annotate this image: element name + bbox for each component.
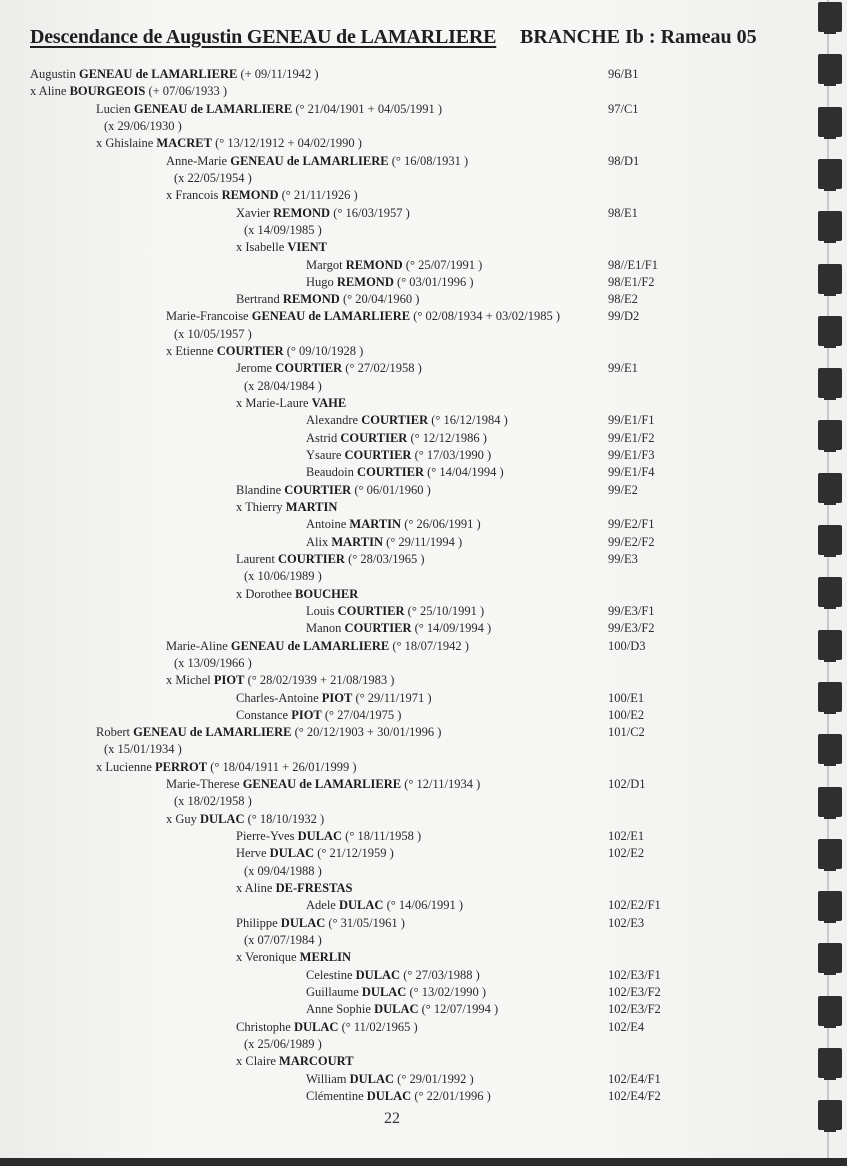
genealogy-entry: (x 07/07/1984 )	[244, 932, 322, 949]
binding-hole	[818, 159, 842, 189]
entry-dates: (° 27/04/1975 )	[322, 708, 402, 722]
entry-surname: DULAC	[374, 1002, 418, 1016]
genealogy-entry: x Michel PIOT (° 28/02/1939 + 21/08/1983…	[166, 672, 394, 689]
entry-given-name: (x 29/06/1930 )	[104, 119, 182, 133]
binding-hole	[818, 943, 842, 973]
entry-given-name: Beaudoin	[306, 465, 357, 479]
entry-dates: (° 28/03/1965 )	[345, 552, 425, 566]
binding-hole	[818, 2, 842, 32]
entry-given-name: x Thierry	[236, 500, 286, 514]
genealogy-entry: (x 18/02/1958 )	[174, 793, 252, 810]
entry-dates: (° 29/11/1994 )	[383, 535, 462, 549]
entry-surname: REMOND	[337, 275, 394, 289]
binding-hole	[818, 420, 842, 450]
entry-given-name: Margot	[306, 258, 346, 272]
entry-reference: 97/C1	[608, 101, 639, 118]
entry-reference: 99/D2	[608, 308, 639, 325]
entry-surname: GENEAU de LAMARLIERE	[230, 154, 388, 168]
entry-dates: (° 09/10/1928 )	[284, 344, 364, 358]
entry-surname: GENEAU de LAMARLIERE	[231, 639, 389, 653]
entry-given-name: Louis	[306, 604, 338, 618]
binding-hole	[818, 577, 842, 607]
entry-surname: REMOND	[273, 206, 330, 220]
genealogy-entry: Margot REMOND (° 25/07/1991 )	[306, 257, 482, 274]
entry-given-name: x Aline	[236, 881, 276, 895]
entry-surname: MERLIN	[300, 950, 351, 964]
entry-dates: (° 31/05/1961 )	[325, 916, 405, 930]
genealogy-entry: Anne Sophie DULAC (° 12/07/1994 )	[306, 1001, 498, 1018]
entry-dates: (° 29/01/1992 )	[394, 1072, 474, 1086]
entry-surname: COURTIER	[275, 361, 342, 375]
entry-surname: DULAC	[298, 829, 342, 843]
page-bottom-edge	[0, 1158, 847, 1166]
entry-given-name: Christophe	[236, 1020, 294, 1034]
genealogy-entry: x Dorothee BOUCHER	[236, 586, 358, 603]
entry-surname: GENEAU de LAMARLIERE	[79, 67, 237, 81]
entry-dates: (° 02/08/1934 + 03/02/1985 )	[410, 309, 560, 323]
entry-surname: BOUCHER	[295, 587, 358, 601]
entry-surname: BOURGEOIS	[70, 84, 146, 98]
entry-dates: (° 28/02/1939 + 21/08/1983 )	[244, 673, 394, 687]
entry-given-name: x Michel	[166, 673, 214, 687]
entry-surname: COURTIER	[284, 483, 351, 497]
entry-reference: 98/E1/F2	[608, 274, 655, 291]
entry-dates: (° 20/04/1960 )	[340, 292, 420, 306]
page-header: Descendance de Augustin GENEAU de LAMARL…	[30, 26, 770, 52]
entry-given-name: Pierre-Yves	[236, 829, 298, 843]
spiral-binding	[807, 0, 847, 1158]
entry-given-name: x Marie-Laure	[236, 396, 312, 410]
binding-hole	[818, 996, 842, 1026]
entry-dates: (+ 09/11/1942 )	[237, 67, 318, 81]
entry-given-name: (x 18/02/1958 )	[174, 794, 252, 808]
genealogy-entry: (x 10/06/1989 )	[244, 568, 322, 585]
genealogy-entry: Christophe DULAC (° 11/02/1965 )	[236, 1019, 418, 1036]
entry-given-name: Marie-Aline	[166, 639, 231, 653]
entry-surname: COURTIER	[338, 604, 405, 618]
genealogy-entry: Marie-Francoise GENEAU de LAMARLIERE (° …	[166, 308, 560, 325]
entry-reference: 102/D1	[608, 776, 646, 793]
genealogy-entry: Charles-Antoine PIOT (° 29/11/1971 )	[236, 690, 432, 707]
genealogy-entry: Augustin GENEAU de LAMARLIERE (+ 09/11/1…	[30, 66, 319, 83]
genealogy-entry: x Aline DE-FRESTAS	[236, 880, 352, 897]
genealogy-entry: William DULAC (° 29/01/1992 )	[306, 1071, 474, 1088]
entry-surname: DULAC	[356, 968, 400, 982]
entry-surname: PIOT	[322, 691, 353, 705]
entry-surname: MARTIN	[349, 517, 401, 531]
entry-dates: (° 27/02/1958 )	[342, 361, 422, 375]
genealogy-entry: Adele DULAC (° 14/06/1991 )	[306, 897, 463, 914]
binding-hole	[818, 630, 842, 660]
entry-reference: 98//E1/F1	[608, 257, 658, 274]
entry-surname: GENEAU de LAMARLIERE	[133, 725, 291, 739]
entry-dates: (° 16/12/1984 )	[428, 413, 508, 427]
genealogy-entry: x Etienne COURTIER (° 09/10/1928 )	[166, 343, 363, 360]
entry-given-name: Xavier	[236, 206, 273, 220]
entry-reference: 102/E2/F1	[608, 897, 661, 914]
entry-given-name: Manon	[306, 621, 345, 635]
entry-given-name: x Isabelle	[236, 240, 287, 254]
entry-given-name: x Ghislaine	[96, 136, 156, 150]
genealogy-entry: (x 09/04/1988 )	[244, 863, 322, 880]
entry-reference: 102/E2	[608, 845, 644, 862]
entry-given-name: Anne Sophie	[306, 1002, 374, 1016]
entry-surname: DULAC	[367, 1089, 411, 1103]
genealogy-entry: x Thierry MARTIN	[236, 499, 337, 516]
entry-given-name: Anne-Marie	[166, 154, 230, 168]
genealogy-entry: Philippe DULAC (° 31/05/1961 )	[236, 915, 405, 932]
entry-surname: MARCOURT	[279, 1054, 354, 1068]
entry-surname: VAHE	[312, 396, 347, 410]
genealogy-entry: Hugo REMOND (° 03/01/1996 )	[306, 274, 474, 291]
entry-dates: (° 13/12/1912 + 04/02/1990 )	[212, 136, 362, 150]
entry-reference: 99/E1	[608, 360, 638, 377]
entry-given-name: Herve	[236, 846, 270, 860]
genealogy-entry: Constance PIOT (° 27/04/1975 )	[236, 707, 401, 724]
entry-dates: (° 22/01/1996 )	[411, 1089, 491, 1103]
genealogy-entry: x Aline BOURGEOIS (+ 07/06/1933 )	[30, 83, 227, 100]
binding-hole	[818, 839, 842, 869]
genealogy-entry: x Guy DULAC (° 18/10/1932 )	[166, 811, 324, 828]
genealogy-entry: Anne-Marie GENEAU de LAMARLIERE (° 16/08…	[166, 153, 468, 170]
entry-reference: 99/E2/F1	[608, 516, 655, 533]
entry-surname: REMOND	[346, 258, 403, 272]
genealogy-entry: Antoine MARTIN (° 26/06/1991 )	[306, 516, 481, 533]
binding-hole	[818, 1100, 842, 1130]
entry-reference: 102/E3/F1	[608, 967, 661, 984]
genealogy-entry: x Veronique MERLIN	[236, 949, 351, 966]
entry-reference: 99/E1/F2	[608, 430, 655, 447]
genealogy-entry: (x 22/05/1954 )	[174, 170, 252, 187]
entry-given-name: Robert	[96, 725, 133, 739]
genealogy-entry: x Lucienne PERROT (° 18/04/1911 + 26/01/…	[96, 759, 357, 776]
genealogy-entry: Clémentine DULAC (° 22/01/1996 )	[306, 1088, 491, 1105]
entry-surname: DULAC	[350, 1072, 394, 1086]
entry-dates: (° 18/04/1911 + 26/01/1999 )	[207, 760, 356, 774]
genealogy-entry: Astrid COURTIER (° 12/12/1986 )	[306, 430, 487, 447]
binding-hole	[818, 473, 842, 503]
entry-given-name: (x 07/07/1984 )	[244, 933, 322, 947]
genealogy-entry: Marie-Therese GENEAU de LAMARLIERE (° 12…	[166, 776, 480, 793]
entry-reference: 100/E1	[608, 690, 644, 707]
entry-given-name: Laurent	[236, 552, 278, 566]
entry-given-name: Blandine	[236, 483, 284, 497]
entry-reference: 99/E3/F1	[608, 603, 655, 620]
entry-given-name: (x 10/05/1957 )	[174, 327, 252, 341]
branch-label: BRANCHE Ib : Rameau 05	[520, 26, 757, 49]
genealogy-entry: Marie-Aline GENEAU de LAMARLIERE (° 18/0…	[166, 638, 469, 655]
genealogy-entry: Celestine DULAC (° 27/03/1988 )	[306, 967, 480, 984]
genealogy-entry: (x 29/06/1930 )	[104, 118, 182, 135]
entry-given-name: Philippe	[236, 916, 281, 930]
entry-given-name: x Guy	[166, 812, 200, 826]
genealogy-entry: Bertrand REMOND (° 20/04/1960 )	[236, 291, 419, 308]
entry-dates: (° 06/01/1960 )	[351, 483, 431, 497]
entry-given-name: (x 10/06/1989 )	[244, 569, 322, 583]
entry-surname: COURTIER	[345, 448, 412, 462]
entry-given-name: Clémentine	[306, 1089, 367, 1103]
genealogy-entry: Xavier REMOND (° 16/03/1957 )	[236, 205, 410, 222]
entry-dates: (° 20/12/1903 + 30/01/1996 )	[292, 725, 442, 739]
document-page: Descendance de Augustin GENEAU de LAMARL…	[0, 0, 800, 1158]
genealogy-entry: (x 15/01/1934 )	[104, 741, 182, 758]
entry-given-name: x Aline	[30, 84, 70, 98]
entry-reference: 99/E2/F2	[608, 534, 655, 551]
entry-surname: DULAC	[281, 916, 325, 930]
entry-given-name: Alexandre	[306, 413, 361, 427]
genealogy-entry: Guillaume DULAC (° 13/02/1990 )	[306, 984, 486, 1001]
entry-dates: (° 14/06/1991 )	[383, 898, 463, 912]
entry-given-name: Lucien	[96, 102, 134, 116]
entry-given-name: x Dorothee	[236, 587, 295, 601]
entry-reference: 98/E2	[608, 291, 638, 308]
entry-reference: 102/E4/F2	[608, 1088, 661, 1105]
entry-dates: (° 25/10/1991 )	[405, 604, 485, 618]
entry-reference: 99/E3	[608, 551, 638, 568]
genealogy-entry: Jerome COURTIER (° 27/02/1958 )	[236, 360, 422, 377]
entry-dates: (° 27/03/1988 )	[400, 968, 480, 982]
entry-surname: PIOT	[214, 673, 245, 687]
entry-surname: PIOT	[291, 708, 322, 722]
genealogy-entry: Manon COURTIER (° 14/09/1994 )	[306, 620, 491, 637]
entry-dates: (° 16/03/1957 )	[330, 206, 410, 220]
entry-dates: (° 21/12/1959 )	[314, 846, 394, 860]
entry-reference: 100/D3	[608, 638, 646, 655]
entry-given-name: Antoine	[306, 517, 349, 531]
genealogy-entry: Blandine COURTIER (° 06/01/1960 )	[236, 482, 431, 499]
entry-given-name: x Francois	[166, 188, 222, 202]
genealogy-entry: Alix MARTIN (° 29/11/1994 )	[306, 534, 462, 551]
entry-given-name: x Veronique	[236, 950, 300, 964]
entry-dates: (° 14/09/1994 )	[411, 621, 491, 635]
entry-surname: REMOND	[222, 188, 279, 202]
entry-surname: DULAC	[362, 985, 406, 999]
entry-given-name: (x 15/01/1934 )	[104, 742, 182, 756]
entry-reference: 102/E3	[608, 915, 644, 932]
binding-hole	[818, 891, 842, 921]
entry-dates: (° 18/07/1942 )	[389, 639, 469, 653]
genealogy-entry: Ysaure COURTIER (° 17/03/1990 )	[306, 447, 491, 464]
entry-given-name: Alix	[306, 535, 331, 549]
binding-hole	[818, 211, 842, 241]
entry-dates: (° 14/04/1994 )	[424, 465, 504, 479]
binding-hole	[818, 54, 842, 84]
binding-hole	[818, 107, 842, 137]
entry-surname: MARTIN	[286, 500, 338, 514]
entry-given-name: Augustin	[30, 67, 79, 81]
entry-given-name: (x 09/04/1988 )	[244, 864, 322, 878]
genealogy-entry: (x 28/04/1984 )	[244, 378, 322, 395]
genealogy-entry: Lucien GENEAU de LAMARLIERE (° 21/04/190…	[96, 101, 442, 118]
entry-surname: GENEAU de LAMARLIERE	[134, 102, 292, 116]
page-number: 22	[384, 1110, 400, 1128]
entry-dates: (° 13/02/1990 )	[406, 985, 486, 999]
genealogy-entry: x Francois REMOND (° 21/11/1926 )	[166, 187, 358, 204]
entry-surname: VIENT	[287, 240, 327, 254]
binding-hole	[818, 1048, 842, 1078]
entry-dates: (° 21/04/1901 + 04/05/1991 )	[292, 102, 442, 116]
genealogy-entry: Pierre-Yves DULAC (° 18/11/1958 )	[236, 828, 421, 845]
entry-given-name: Constance	[236, 708, 291, 722]
entry-given-name: Adele	[306, 898, 339, 912]
entry-given-name: (x 28/04/1984 )	[244, 379, 322, 393]
entry-surname: GENEAU de LAMARLIERE	[243, 777, 401, 791]
entry-dates: (° 17/03/1990 )	[411, 448, 491, 462]
entry-surname: DULAC	[339, 898, 383, 912]
entry-surname: DULAC	[200, 812, 244, 826]
entry-dates: (° 26/06/1991 )	[401, 517, 481, 531]
entry-surname: PERROT	[155, 760, 207, 774]
entry-given-name: (x 14/09/1985 )	[244, 223, 322, 237]
entry-dates: (° 18/11/1958 )	[342, 829, 421, 843]
entry-given-name: Marie-Francoise	[166, 309, 252, 323]
entry-dates: (° 18/10/1932 )	[244, 812, 324, 826]
entry-given-name: William	[306, 1072, 350, 1086]
entry-reference: 99/E1/F3	[608, 447, 655, 464]
entry-surname: COURTIER	[345, 621, 412, 635]
genealogy-entry: x Isabelle VIENT	[236, 239, 327, 256]
entry-given-name: Ysaure	[306, 448, 345, 462]
binding-hole	[818, 734, 842, 764]
entry-reference: 99/E3/F2	[608, 620, 655, 637]
entry-given-name: Celestine	[306, 968, 356, 982]
entry-given-name: Astrid	[306, 431, 340, 445]
entry-surname: COURTIER	[340, 431, 407, 445]
genealogy-entry: Herve DULAC (° 21/12/1959 )	[236, 845, 394, 862]
entry-reference: 102/E4/F1	[608, 1071, 661, 1088]
entry-dates: (° 25/07/1991 )	[403, 258, 483, 272]
genealogy-entry: Robert GENEAU de LAMARLIERE (° 20/12/190…	[96, 724, 441, 741]
binding-hole	[818, 368, 842, 398]
entry-dates: (° 03/01/1996 )	[394, 275, 474, 289]
genealogy-entry: (x 10/05/1957 )	[174, 326, 252, 343]
entry-given-name: (x 22/05/1954 )	[174, 171, 252, 185]
binding-hole	[818, 525, 842, 555]
entry-dates: (° 16/08/1931 )	[389, 154, 469, 168]
entry-dates: (° 11/02/1965 )	[338, 1020, 417, 1034]
entry-surname: DE-FRESTAS	[276, 881, 353, 895]
entry-given-name: x Lucienne	[96, 760, 155, 774]
genealogy-entry: (x 14/09/1985 )	[244, 222, 322, 239]
entry-reference: 99/E1/F1	[608, 412, 655, 429]
entry-reference: 98/D1	[608, 153, 639, 170]
entry-surname: REMOND	[283, 292, 340, 306]
binding-hole	[818, 316, 842, 346]
entry-given-name: (x 13/09/1966 )	[174, 656, 252, 670]
entry-surname: MACRET	[156, 136, 212, 150]
entry-reference: 96/B1	[608, 66, 639, 83]
genealogy-entry: Beaudoin COURTIER (° 14/04/1994 )	[306, 464, 504, 481]
binding-hole	[818, 264, 842, 294]
entry-surname: DULAC	[270, 846, 314, 860]
entry-dates: (+ 07/06/1933 )	[145, 84, 227, 98]
entry-given-name: Guillaume	[306, 985, 362, 999]
genealogy-entry: x Marie-Laure VAHE	[236, 395, 346, 412]
entry-given-name: Jerome	[236, 361, 275, 375]
entry-given-name: Marie-Therese	[166, 777, 243, 791]
entry-given-name: x Etienne	[166, 344, 217, 358]
entry-reference: 102/E4	[608, 1019, 644, 1036]
entry-reference: 102/E3/F2	[608, 984, 661, 1001]
entry-reference: 99/E2	[608, 482, 638, 499]
entry-given-name: Charles-Antoine	[236, 691, 322, 705]
entry-surname: COURTIER	[357, 465, 424, 479]
entry-reference: 98/E1	[608, 205, 638, 222]
genealogy-entry: (x 13/09/1966 )	[174, 655, 252, 672]
entry-dates: (° 21/11/1926 )	[279, 188, 358, 202]
entry-surname: GENEAU de LAMARLIERE	[252, 309, 410, 323]
page-title: Descendance de Augustin GENEAU de LAMARL…	[30, 26, 496, 49]
entry-given-name: (x 25/06/1989 )	[244, 1037, 322, 1051]
entry-surname: MARTIN	[331, 535, 383, 549]
entry-dates: (° 29/11/1971 )	[352, 691, 431, 705]
binding-hole	[818, 787, 842, 817]
genealogy-entry: (x 25/06/1989 )	[244, 1036, 322, 1053]
entry-surname: COURTIER	[217, 344, 284, 358]
entry-surname: COURTIER	[278, 552, 345, 566]
entry-reference: 99/E1/F4	[608, 464, 655, 481]
entry-reference: 102/E3/F2	[608, 1001, 661, 1018]
entry-reference: 100/E2	[608, 707, 644, 724]
entry-surname: COURTIER	[361, 413, 428, 427]
entry-dates: (° 12/07/1994 )	[419, 1002, 499, 1016]
entry-given-name: Hugo	[306, 275, 337, 289]
entry-reference: 102/E1	[608, 828, 644, 845]
genealogy-entry: x Claire MARCOURT	[236, 1053, 354, 1070]
genealogy-entry: Alexandre COURTIER (° 16/12/1984 )	[306, 412, 508, 429]
entry-surname: DULAC	[294, 1020, 338, 1034]
entry-given-name: Bertrand	[236, 292, 283, 306]
binding-hole	[818, 682, 842, 712]
genealogy-entry: Laurent COURTIER (° 28/03/1965 )	[236, 551, 425, 568]
entry-dates: (° 12/12/1986 )	[407, 431, 487, 445]
genealogy-entry: Louis COURTIER (° 25/10/1991 )	[306, 603, 484, 620]
entry-reference: 101/C2	[608, 724, 645, 741]
genealogy-entry: x Ghislaine MACRET (° 13/12/1912 + 04/02…	[96, 135, 362, 152]
entry-dates: (° 12/11/1934 )	[401, 777, 480, 791]
entry-given-name: x Claire	[236, 1054, 279, 1068]
